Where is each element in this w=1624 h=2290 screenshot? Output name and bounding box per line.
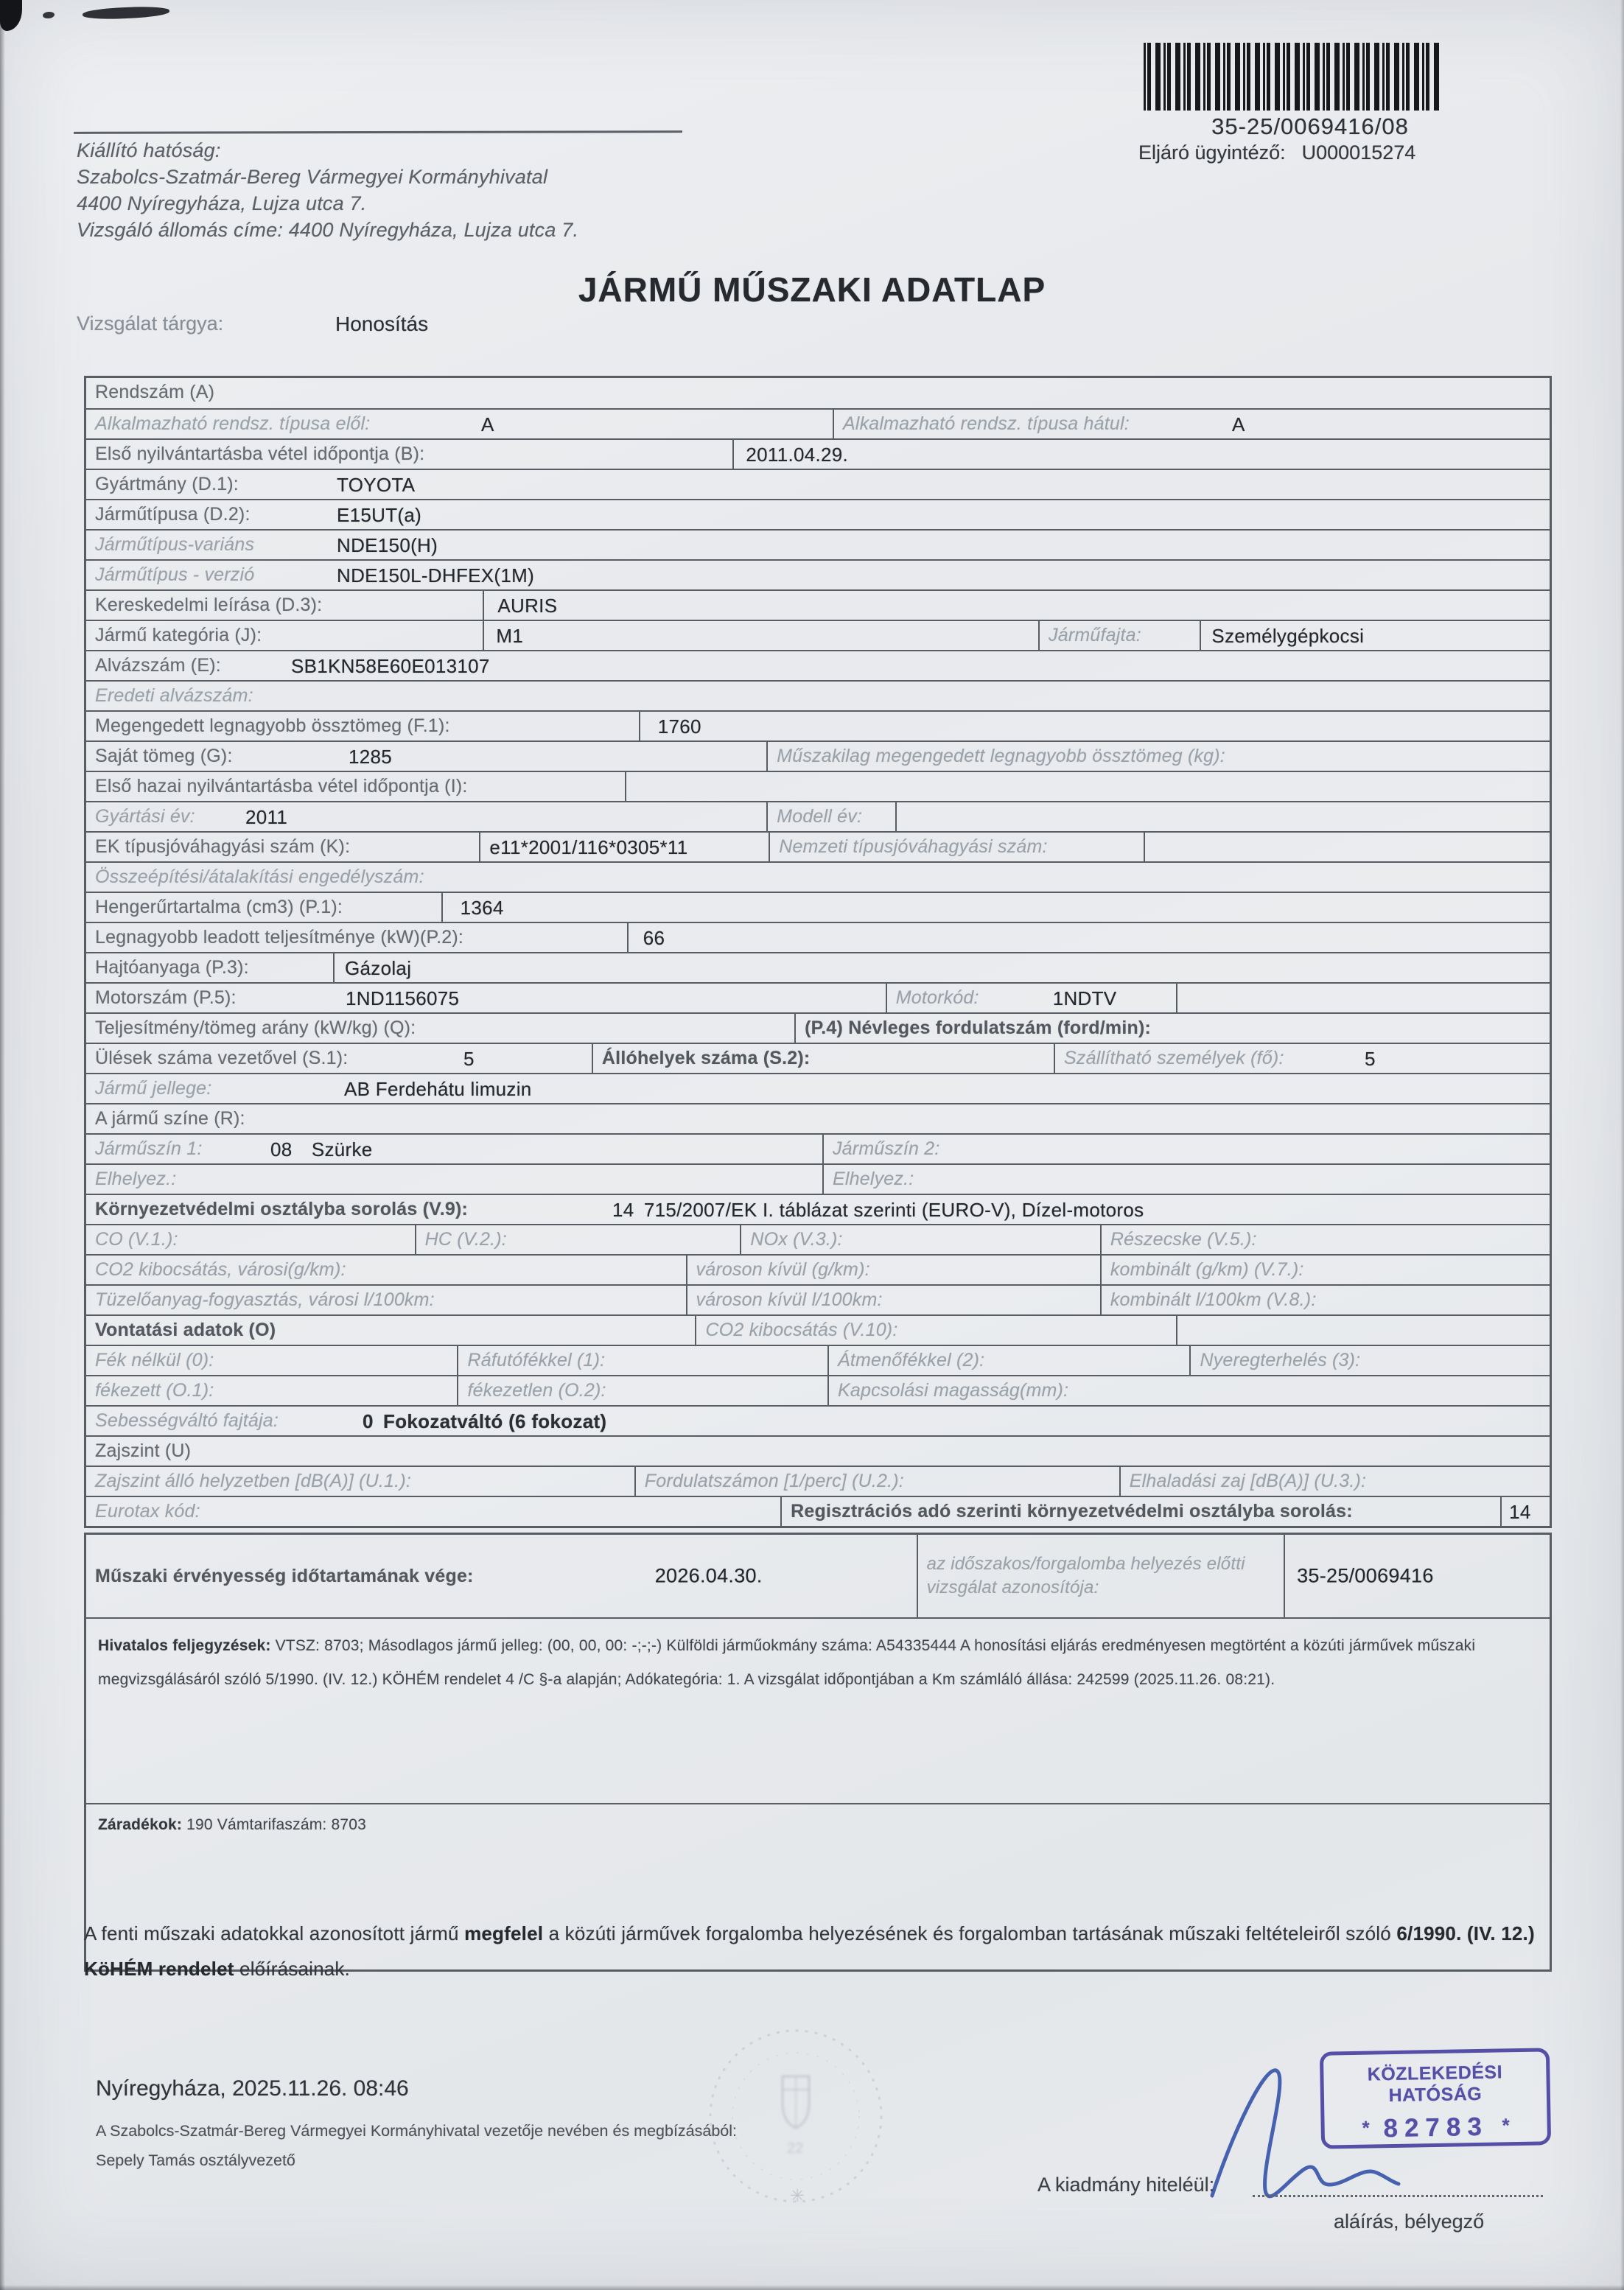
field-value: e11*2001/116*0305*11: [489, 836, 687, 859]
barcode-bar: [1306, 43, 1310, 111]
table-row: Zajszint (U): [86, 1435, 1550, 1466]
field-value: 1364: [461, 897, 504, 920]
table-cell: (P.4) Névleges fordulatszám (ford/min):: [794, 1014, 1550, 1043]
field-value: 35-25/0069416: [1297, 1565, 1434, 1588]
table-row: Első hazai nyilvántartásba vétel időpont…: [86, 771, 1550, 801]
table-cell: Járműtípus - verzióNDE150L-DHFEX(1M): [86, 561, 1550, 589]
table-cell: Alkalmazható rendsz. típusa elől:A: [86, 410, 833, 438]
field-value: 1760: [658, 715, 701, 738]
table-cell: Fék nélkül (0):: [86, 1346, 457, 1375]
barcode-number: 35-25/0069416/08: [1144, 113, 1477, 140]
field-label: Sebességváltó fajtája:: [95, 1410, 279, 1431]
table-row: Elhelyez.:Elhelyez.:: [86, 1163, 1550, 1194]
field-label: fékezetlen (O.2):: [467, 1380, 606, 1401]
validity-row-container: Műszaki érvényesség időtartamának vége:2…: [86, 1535, 1550, 1617]
barcode-bar: [1303, 43, 1305, 111]
field-label: Eurotax kód:: [95, 1501, 200, 1522]
table-cell: Saját tömeg (G):1285: [86, 742, 766, 771]
scan-edge-left: [0, 0, 5, 2290]
table-cell: Regisztrációs adó szerinti környezetvéde…: [780, 1497, 1500, 1526]
table-cell: CO (V.1.):: [86, 1225, 415, 1254]
place-and-date: Nyíregyháza, 2025.11.26. 08:46: [96, 2076, 409, 2101]
field-value: 2026.04.30.: [655, 1565, 763, 1588]
field-label: Járműszín 1:: [95, 1138, 203, 1159]
table-cell: Jármű kategória (J):: [86, 621, 483, 650]
issuing-authority-block: Kiállító hatóság: Szabolcs-Szatmár-Bereg…: [77, 137, 578, 243]
table-cell: Környezetvédelmi osztályba sorolás (V.9)…: [86, 1195, 1550, 1224]
signatory-line1: A Szabolcs-Szatmár-Bereg Vármegyei Kormá…: [96, 2116, 737, 2146]
field-label: CO2 kibocsátás, városi(g/km):: [95, 1259, 346, 1280]
table-cell: [1144, 833, 1550, 861]
table-row: Járműtípusa (D.2):E15UT(a): [86, 499, 1550, 529]
case-officer-line: Eljáró ügyintéző:U000015274: [1138, 141, 1415, 164]
field-label: városon kívül (g/km):: [696, 1259, 870, 1280]
clauses-text: 190 Vámtarifaszám: 8703: [182, 1816, 366, 1833]
field-label: CO (V.1.):: [95, 1229, 178, 1250]
field-label: (P.4) Névleges fordulatszám (ford/min):: [805, 1018, 1151, 1038]
field-label: Vontatási adatok (O): [95, 1320, 276, 1340]
barcode-bar: [1167, 43, 1171, 111]
table-cell: Állóhelyek száma (S.2):: [592, 1044, 1054, 1073]
table-row: Alvázszám (E):SB1KN58E60E013107: [86, 650, 1550, 680]
table-cell: Személygépkocsi: [1200, 621, 1550, 650]
official-notes-label: Hivatalos feljegyzések:: [98, 1637, 271, 1654]
table-row: Motorszám (P.5):1ND1156075Motorkód:1NDTV: [86, 982, 1550, 1012]
barcode-bar: [1267, 43, 1270, 111]
table-row: CO (V.1.):HC (V.2.):NOx (V.3.):Részecske…: [86, 1224, 1550, 1254]
barcode: [1144, 43, 1477, 111]
subject-label: Vizsgálat tárgya:: [77, 312, 223, 335]
barcode-bar: [1374, 43, 1379, 111]
table-cell: Sebességváltó fajtája:0 Fokozatváltó (6 …: [86, 1407, 1550, 1435]
barcode-bar: [1227, 43, 1231, 111]
table-cell: kombinált l/100km (V.8.):: [1100, 1286, 1550, 1314]
table-row: Legnagyobb leadott teljesítménye (kW)(P.…: [86, 922, 1550, 952]
field-label: Szállítható személyek (fő):: [1064, 1048, 1284, 1068]
table-cell: Elhelyez.:: [86, 1165, 822, 1194]
field-label: Elhelyez.:: [833, 1169, 914, 1189]
table-cell: A jármű színe (R):: [86, 1104, 1550, 1133]
table-cell: M1: [483, 621, 1038, 650]
barcode-bar: [1323, 43, 1325, 111]
table-row: Környezetvédelmi osztályba sorolás (V.9)…: [86, 1194, 1550, 1224]
table-cell: Járműtípus-variánsNDE150(H): [86, 531, 1550, 559]
table-cell: Eurotax kód:: [86, 1497, 780, 1526]
field-label: Alvázszám (E):: [95, 655, 221, 676]
table-cell: Rendszám (A): [86, 378, 1550, 408]
barcode-bar: [1402, 43, 1404, 111]
table-cell: városon kívül (g/km):: [686, 1256, 1100, 1284]
svg-text:22: 22: [787, 2140, 803, 2157]
barcode-bar: [1382, 43, 1385, 111]
signature-dotted-line: [1253, 2175, 1543, 2197]
field-label: Zajszint álló helyzetben [dB(A)] (U.1.):: [95, 1471, 411, 1491]
table-cell: Ülések száma vezetővel (S.1):5: [86, 1044, 592, 1073]
table-cell: fékezett (O.1):: [86, 1376, 457, 1405]
table-row: Összeépítési/átalakítási engedélyszám:: [86, 861, 1550, 892]
table-cell: kombinált (g/km) (V.7.):: [1100, 1256, 1550, 1284]
field-label: Nemzeti típusjóváhagyási szám:: [779, 836, 1047, 857]
attestation-label: A kiadmány hiteléül:: [1037, 2174, 1214, 2196]
scan-artifact: [0, 0, 22, 31]
field-label: Tüzelőanyag-fogyasztás, városi l/100km:: [95, 1289, 435, 1310]
field-label: kombinált l/100km (V.8.):: [1110, 1289, 1317, 1310]
field-label: Átmenőfékkel (2):: [838, 1350, 984, 1370]
table-cell: Nemzeti típusjóváhagyási szám:: [769, 833, 1143, 861]
field-label: HC (V.2.):: [425, 1229, 507, 1250]
field-label: A jármű színe (R):: [95, 1108, 245, 1129]
table-row: Kereskedelmi leírása (D.3):AURIS: [86, 589, 1550, 620]
field-label: Járműtípusa (D.2):: [95, 504, 251, 525]
table-row: Ülések száma vezetővel (S.1):5Állóhelyek…: [86, 1043, 1550, 1073]
table-cell: Zajszint (U): [86, 1437, 1550, 1466]
table-cell: EK típusjóváhagyási szám (K):: [86, 833, 479, 861]
field-label: Nyeregterhelés (3):: [1200, 1350, 1360, 1370]
table-cell: 1364: [441, 893, 1550, 922]
compliance-statement: A fenti műszaki adatokkal azonosított já…: [84, 1916, 1552, 1986]
barcode-bar: [1414, 43, 1419, 111]
field-label: Modell év:: [777, 806, 862, 827]
table-cell: Motorkód:1NDTV: [886, 984, 1176, 1012]
table-cell: CO2 kibocsátás (V.10):: [695, 1316, 1175, 1345]
signatory-line2: Sepely Tamás osztályvezető: [96, 2146, 737, 2175]
table-cell: Jármű jellege:AB Ferdehátu limuzin: [86, 1074, 1550, 1103]
table-cell: Hajtóanyaga (P.3):: [86, 953, 333, 982]
case-officer-label: Eljáró ügyintéző:: [1138, 141, 1286, 164]
barcode-bar: [1295, 43, 1300, 111]
field-value: SB1KN58E60E013107: [291, 655, 490, 678]
table-cell: Járműszín 2:: [822, 1135, 1550, 1163]
table-cell: 66: [627, 923, 1550, 952]
scan-edge-bottom: [0, 2285, 1624, 2290]
table-row: Járműszín 1:08 SzürkeJárműszín 2:: [86, 1133, 1550, 1163]
barcode-bar: [1287, 43, 1290, 111]
field-label: Első nyilvántartásba vétel időpontja (B)…: [95, 444, 424, 464]
field-label: kombinált (g/km) (V.7.):: [1110, 1259, 1304, 1280]
table-row: Sebességváltó fajtája:0 Fokozatváltó (6 …: [86, 1405, 1550, 1435]
table-row: EK típusjóváhagyási szám (K):e11*2001/11…: [86, 831, 1550, 861]
barcode-bar: [1163, 43, 1166, 111]
field-label: Regisztrációs adó szerinti környezetvéde…: [791, 1501, 1353, 1522]
barcode-bar: [1255, 43, 1260, 111]
table-cell: Vontatási adatok (O): [86, 1316, 695, 1345]
barcode-bar: [1386, 43, 1390, 111]
barcode-bar: [1215, 43, 1220, 111]
field-label: Ráfutófékkel (1):: [467, 1350, 605, 1370]
subject-value: Honosítás: [335, 312, 428, 336]
table-cell: 1760: [639, 712, 1550, 740]
barcode-bar: [1362, 43, 1365, 111]
table-cell: Átmenőfékkel (2):: [827, 1346, 1190, 1375]
barcode-bar: [1326, 43, 1330, 111]
statement-segment: előírásainak.: [234, 1958, 350, 1980]
table-cell: fékezetlen (O.2):: [457, 1376, 827, 1405]
table-cell: Elhaladási zaj [dB(A)] (U.3.):: [1119, 1467, 1550, 1496]
barcode-bar: [1343, 43, 1345, 111]
barcode-bar: [1406, 43, 1410, 111]
field-value: M1: [496, 625, 523, 648]
field-value: NDE150(H): [337, 534, 438, 557]
field-label: Alkalmazható rendsz. típusa hátul:: [843, 413, 1130, 434]
table-cell: Alkalmazható rendsz. típusa hátul:A: [833, 410, 1550, 438]
field-label: Állóhelyek száma (S.2):: [602, 1048, 810, 1068]
field-label: Fordulatszámon [1/perc] (U.2.):: [645, 1471, 904, 1491]
field-value: A: [1232, 413, 1245, 436]
table-row: fékezett (O.1):fékezetlen (O.2):Kapcsolá…: [86, 1375, 1550, 1405]
table-row: Jármű kategória (J):M1Járműfajta:Személy…: [86, 620, 1550, 650]
field-label: Rendszám (A): [95, 382, 214, 402]
table-cell: Zajszint álló helyzetben [dB(A)] (U.1.):: [86, 1467, 634, 1496]
barcode-bar: [1235, 43, 1240, 111]
table-row: Járműtípus-variánsNDE150(H): [86, 529, 1550, 559]
field-label: Eredeti alvázszám:: [95, 685, 253, 706]
field-label: EK típusjóváhagyási szám (K):: [95, 836, 350, 857]
barcode-bar: [1334, 43, 1340, 111]
field-label: Elhaladási zaj [dB(A)] (U.3.):: [1130, 1471, 1366, 1491]
table-cell: Kereskedelmi leírása (D.3):: [86, 591, 483, 620]
field-label: Saját tömeg (G):: [95, 746, 233, 766]
barcode-bar: [1346, 43, 1350, 111]
case-officer-value: U000015274: [1302, 141, 1416, 164]
table-cell: Fordulatszámon [1/perc] (U.2.):: [634, 1467, 1119, 1496]
table-cell: Nyeregterhelés (3):: [1189, 1346, 1550, 1375]
signature-caption: aláírás, bélyegző: [1334, 2210, 1484, 2233]
field-value: Gázolaj: [345, 957, 411, 980]
barcode-bar: [1175, 43, 1180, 111]
field-label: Gyártási év:: [95, 806, 195, 827]
scan-edge-right: [1620, 0, 1624, 2290]
table-row: Gyártmány (D.1):TOYOTA: [86, 469, 1550, 499]
table-cell: Összeépítési/átalakítási engedélyszám:: [86, 863, 1550, 892]
field-label: Járműszín 2:: [833, 1138, 940, 1159]
scan-artifact: [83, 5, 170, 20]
field-label: az időszakos/forgalomba helyezés előtti …: [927, 1552, 1284, 1600]
issuer-label: Kiállító hatóság:: [77, 137, 578, 164]
stamp-number-value: 82783: [1383, 2112, 1488, 2143]
table-cell: Ráfutófékkel (1):: [457, 1346, 827, 1375]
field-label: Járműtípus-variáns: [95, 534, 254, 555]
table-cell: 2026.04.30.: [634, 1535, 917, 1617]
issuer-name: Szabolcs-Szatmár-Bereg Vármegyei Kormány…: [77, 164, 578, 190]
table-row: Járműtípus - verzióNDE150L-DHFEX(1M): [86, 559, 1550, 589]
barcode-bar: [1203, 43, 1205, 111]
field-label: Részecske (V.5.):: [1110, 1229, 1257, 1250]
authority-stamp-name: KÖZLEKEDÉSI HATÓSÁG: [1323, 2061, 1547, 2107]
table-cell: Teljesítmény/tömeg arány (kW/kg) (Q):: [86, 1014, 794, 1043]
table-cell: [895, 802, 1550, 831]
field-label: Összeépítési/átalakítási engedélyszám:: [95, 866, 424, 887]
table-row: Zajszint álló helyzetben [dB(A)] (U.1.):…: [86, 1466, 1550, 1496]
field-label: Jármű jellege:: [95, 1078, 211, 1099]
field-value: AURIS: [497, 595, 557, 617]
table-cell: az időszakos/forgalomba helyezés előtti …: [917, 1535, 1284, 1617]
asterisk-icon: *: [1502, 2114, 1510, 2136]
table-row: CO2 kibocsátás, városi(g/km):városon kív…: [86, 1254, 1550, 1284]
field-value: 2011.04.29.: [746, 444, 848, 466]
barcode-bar: [1434, 43, 1439, 111]
table-cell: 35-25/0069416: [1284, 1535, 1550, 1617]
field-label: Járműfajta:: [1049, 625, 1141, 645]
barcode-bar: [1243, 43, 1245, 111]
field-label: Megengedett legnagyobb össztömeg (F.1):: [95, 715, 450, 736]
scan-artifact: [43, 11, 55, 19]
barcode-bar: [1187, 43, 1191, 111]
barcode-bar: [1147, 43, 1151, 111]
field-label: Jármű kategória (J):: [95, 625, 262, 645]
field-label: Műszaki érvényesség időtartamának vége:: [95, 1566, 474, 1587]
table-row: Hajtóanyaga (P.3):Gázolaj: [86, 952, 1550, 982]
field-label: Motorszám (P.5):: [95, 987, 237, 1008]
barcode-bar: [1315, 43, 1320, 111]
table-cell: Eredeti alvázszám:: [86, 682, 1550, 710]
barcode-bar: [1223, 43, 1225, 111]
header-rule: [74, 130, 682, 134]
table-cell: 2011.04.29.: [732, 440, 1550, 469]
barcode-bar: [1247, 43, 1250, 111]
field-label: Kereskedelmi leírása (D.3):: [95, 595, 322, 615]
table-row: Jármű jellege:AB Ferdehátu limuzin: [86, 1073, 1550, 1103]
table-cell: Első nyilvántartásba vétel időpontja (B)…: [86, 440, 732, 469]
table-cell: HC (V.2.):: [415, 1225, 741, 1254]
table-cell: Gyártmány (D.1):TOYOTA: [86, 470, 1550, 499]
table-cell: városon kívül l/100km:: [686, 1286, 1100, 1314]
table-row: Gyártási év:2011Modell év:: [86, 801, 1550, 831]
barcode-bar: [1422, 43, 1424, 111]
table-row: Első nyilvántartásba vétel időpontja (B)…: [86, 438, 1550, 469]
field-label: Zajszint (U): [95, 1440, 191, 1461]
table-row: Alkalmazható rendsz. típusa elől:AAlkalm…: [86, 408, 1550, 438]
field-label: Fék nélkül (0):: [95, 1350, 214, 1370]
field-label: Első hazai nyilvántartásba vétel időpont…: [95, 776, 468, 796]
field-value: E15UT(a): [337, 504, 421, 527]
field-label: CO2 kibocsátás (V.10):: [705, 1320, 897, 1340]
field-value: 1285: [349, 746, 392, 768]
field-label: Hengerűrtartalma (cm3) (P.1):: [95, 897, 343, 917]
field-label: Hajtóanyaga (P.3):: [95, 957, 249, 978]
table-row: Saját tömeg (G):1285Műszakilag megengede…: [86, 740, 1550, 771]
vehicle-data-table: Rendszám (A)Alkalmazható rendsz. típusa …: [84, 376, 1552, 1528]
table-row: Hengerűrtartalma (cm3) (P.1):1364: [86, 892, 1550, 922]
field-label: Járműtípus - verzió: [95, 564, 254, 585]
barcode-bar: [1144, 43, 1146, 111]
field-label: városon kívül l/100km:: [696, 1289, 883, 1310]
validity-row: Műszaki érvényesség időtartamának vége:2…: [86, 1535, 1550, 1617]
field-label: Legnagyobb leadott teljesítménye (kW)(P.…: [95, 927, 463, 948]
field-label: Ülések száma vezetővel (S.1):: [95, 1048, 348, 1068]
table-cell: Motorszám (P.5):1ND1156075: [86, 984, 886, 1012]
table-cell: Megengedett legnagyobb össztömeg (F.1):: [86, 712, 639, 740]
table-cell: AURIS: [483, 591, 1550, 620]
table-cell: [1176, 1316, 1550, 1345]
table-row: A jármű színe (R):: [86, 1103, 1550, 1133]
field-label: Elhelyez.:: [95, 1169, 176, 1189]
barcode-bar: [1207, 43, 1211, 111]
barcode-bar: [1394, 43, 1399, 111]
field-label: fékezett (O.1):: [95, 1380, 214, 1401]
table-cell: 14: [1500, 1497, 1550, 1526]
star-icon: ✳: [790, 2186, 805, 2206]
field-value: A: [481, 413, 494, 436]
signatory-block: A Szabolcs-Szatmár-Bereg Vármegyei Kormá…: [96, 2116, 737, 2175]
table-cell: [1176, 984, 1550, 1012]
table-cell: Műszaki érvényesség időtartamának vége:: [86, 1535, 634, 1617]
field-value: 1ND1156075: [346, 987, 459, 1010]
field-value: Személygépkocsi: [1211, 625, 1364, 648]
document-page: Kiállító hatóság: Szabolcs-Szatmár-Bereg…: [0, 0, 1624, 2290]
barcode-bar: [1195, 43, 1200, 111]
table-cell: Járműfajta:: [1038, 621, 1200, 650]
barcode-bar: [1155, 43, 1161, 111]
table-cell: CO2 kibocsátás, városi(g/km):: [86, 1256, 686, 1284]
field-value: 08 Szürke: [270, 1138, 373, 1161]
table-cell: Járműszín 1:08 Szürke: [86, 1135, 822, 1163]
table-cell: Hengerűrtartalma (cm3) (P.1):: [86, 893, 441, 922]
field-label: Gyártmány (D.1):: [95, 474, 239, 494]
table-cell: Gázolaj: [333, 953, 1550, 982]
authority-stamp-number: * 82783 *: [1324, 2111, 1547, 2144]
table-cell: Szállítható személyek (fő):5: [1054, 1044, 1550, 1073]
authority-stamp: KÖZLEKEDÉSI HATÓSÁG * 82783 *: [1320, 2048, 1551, 2149]
inspection-station-line: Vizsgáló állomás címe: 4400 Nyíregyháza,…: [77, 217, 578, 243]
statement-segment: megfelel: [464, 1922, 543, 1944]
table-cell: Műszakilag megengedett legnagyobb össztö…: [766, 742, 1550, 771]
field-value: 1NDTV: [1053, 987, 1117, 1010]
table-cell: Részecske (V.5.):: [1100, 1225, 1550, 1254]
table-cell: NOx (V.3.):: [740, 1225, 1100, 1254]
barcode-bar: [1354, 43, 1359, 111]
table-row: Megengedett legnagyobb össztömeg (F.1):1…: [86, 710, 1550, 740]
table-row: Eredeti alvázszám:: [86, 680, 1550, 710]
field-value: AB Ferdehátu limuzin: [344, 1078, 532, 1101]
barcode-bar: [1275, 43, 1280, 111]
table-cell: Legnagyobb leadott teljesítménye (kW)(P.…: [86, 923, 627, 952]
table-row: Eurotax kód:Regisztrációs adó szerinti k…: [86, 1496, 1550, 1526]
statement-segment: A fenti műszaki adatokkal azonosított já…: [84, 1922, 464, 1944]
field-label: Teljesítmény/tömeg arány (kW/kg) (Q):: [95, 1018, 416, 1038]
issuer-address: 4400 Nyíregyháza, Lujza utca 7.: [77, 190, 578, 217]
clauses-label: Záradékok:: [98, 1816, 182, 1833]
statement-segment: a közúti járművek forgalomba helyezéséne…: [543, 1922, 1396, 1944]
table-cell: Elhelyez.:: [822, 1165, 1550, 1194]
field-value: TOYOTA: [337, 474, 415, 497]
official-notes: Hivatalos feljegyzések: VTSZ: 8703; Máso…: [86, 1617, 1550, 1803]
field-value: 0 Fokozatváltó (6 fokozat): [363, 1410, 606, 1433]
table-cell: e11*2001/116*0305*11: [479, 833, 769, 861]
table-cell: Gyártási év:2011: [86, 802, 766, 831]
field-value: NDE150L-DHFEX(1M): [337, 564, 534, 587]
table-row: Tüzelőanyag-fogyasztás, városi l/100km:v…: [86, 1284, 1550, 1314]
barcode-bar: [1263, 43, 1265, 111]
barcode-bar: [1366, 43, 1370, 111]
validity-notes-box: Műszaki érvényesség időtartamának vége:2…: [84, 1533, 1552, 1972]
barcode-bar: [1283, 43, 1285, 111]
table-cell: [625, 772, 1550, 801]
field-value: 14 715/2007/EK I. táblázat szerinti (EUR…: [612, 1199, 1144, 1222]
field-value: 66: [643, 927, 665, 950]
table-cell: Tüzelőanyag-fogyasztás, városi l/100km:: [86, 1286, 686, 1314]
table-cell: Kapcsolási magasság(mm):: [827, 1376, 1550, 1405]
barcode-bar: [1183, 43, 1186, 111]
table-row: Teljesítmény/tömeg arány (kW/kg) (Q):(P.…: [86, 1012, 1550, 1043]
field-value: 5: [1365, 1048, 1376, 1071]
official-notes-text: VTSZ: 8703; Másodlagos jármű jelleg: (00…: [98, 1637, 1475, 1688]
field-label: NOx (V.3.):: [750, 1229, 842, 1250]
field-value: 14: [1509, 1501, 1531, 1524]
table-cell: Első hazai nyilvántartásba vétel időpont…: [86, 772, 625, 801]
table-cell: Modell év:: [766, 802, 895, 831]
page-title: JÁRMŰ MŰSZAKI ADATLAP: [0, 270, 1624, 309]
field-label: Környezetvédelmi osztályba sorolás (V.9)…: [95, 1199, 468, 1219]
